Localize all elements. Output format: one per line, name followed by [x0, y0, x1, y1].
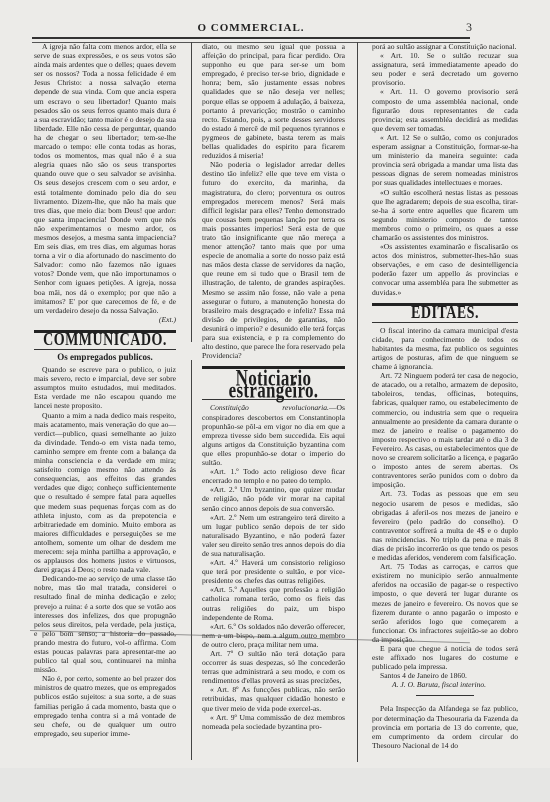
- paragraph: diato, ou mesmo seu igual que possua a a…: [202, 42, 345, 160]
- source-note: (Ext.): [34, 315, 176, 324]
- lead-paragraph: Constituição revolucionaria.—Os conspira…: [202, 403, 345, 467]
- paragraph: «O sultão escolherá nestas listas as pes…: [372, 188, 518, 243]
- column-2: diato, ou mesmo seu igual que possua a a…: [202, 42, 345, 770]
- paragraph: « Art. 11. O governo provisorio será com…: [372, 87, 518, 132]
- paragraph: «Os assistentes examinarão e fiscalisarã…: [372, 242, 518, 297]
- signature: A. J. O. Baruta, fiscal interino.: [372, 680, 518, 689]
- article-item: «Art. 2.º Nem um estrangeiro terá direit…: [202, 513, 345, 558]
- masthead: O COMMERCIAL. 3: [32, 24, 470, 36]
- paragraph: Art. 75 Todas as carroças, e carros que …: [372, 562, 518, 644]
- article-title: Os empregados publicos.: [34, 353, 176, 362]
- paragraph: Art. 72 Ninguem poderá ter casa de negoc…: [372, 371, 518, 489]
- newspaper-page: O COMMERCIAL. 3 A igreja não falta com m…: [0, 0, 550, 802]
- article-item: « Art. 9º Uma commissão de dez membros n…: [202, 713, 345, 731]
- paragraph: Não poderia o legislador arredar delles …: [202, 160, 345, 360]
- column-3: porá ao sultão assignar a Constituição n…: [372, 42, 518, 770]
- column-1: A igreja não falta com menos ardor, ella…: [34, 42, 176, 770]
- paragraph: E para que chegue á noticia de todos ser…: [372, 644, 518, 671]
- dateline: Santos 4 de Janeiro de 1860.: [372, 671, 518, 680]
- article-item: Art. 7º O sultão não terá dotação para o…: [202, 649, 345, 685]
- article-item: «Art. 4.º Haverá um consistorio religios…: [202, 558, 345, 585]
- column-divider-2: [357, 42, 358, 762]
- paragraph: Não é, por certo, somente ao bel prazer …: [34, 674, 176, 738]
- paragraph: O fiscal interino da camara municipal d'…: [372, 326, 518, 371]
- column-divider-1a: [191, 42, 192, 342]
- lead-text: —Os conspiradores descobertos em Constan…: [202, 403, 345, 467]
- section-heading-noticiario: Noticiario estrangeiro.: [202, 372, 345, 397]
- paragraph: « Art. 10. Se o sultão recuzar sua assig…: [372, 51, 518, 87]
- section-heading-editaes: EDITAES.: [372, 307, 518, 318]
- paragraph: Pela Inspecção da Alfandega se faz publi…: [372, 704, 518, 749]
- article-item: «Art. 5.º Aquelles que professão a relig…: [202, 585, 345, 621]
- newspaper-title: O COMMERCIAL.: [32, 22, 470, 34]
- article-item: «Art. 1.º Todo acto religioso deve ficar…: [202, 467, 345, 485]
- column-divider-1b: [191, 360, 192, 760]
- paragraph: « Art. 12 Se o sultão, como os conjurado…: [372, 133, 518, 188]
- paragraph: A igreja não falta com menos ardor, ella…: [34, 42, 176, 315]
- paragraph: porá ao sultão assignar a Constituição n…: [372, 42, 518, 51]
- paragraph: Dedicando-me ao serviço de uma classe tã…: [34, 574, 176, 674]
- lead-italic: Constituição revolucionaria.: [210, 403, 329, 412]
- paragraph: Quando se escreve para o publico, o juiz…: [34, 365, 176, 410]
- separator-rule: [416, 695, 474, 696]
- section-heading-communicado: COMMUNICADO.: [34, 335, 176, 346]
- article-item: «Art. 2.º Um byzantino, que quizer mudar…: [202, 485, 345, 512]
- paragraph: Quanto a mim a nada dedico mais respeito…: [34, 411, 176, 575]
- page-bottom-margin: [0, 768, 550, 802]
- paragraph: Art. 73. Todas as pessoas que em seu neg…: [372, 489, 518, 562]
- article-item: « Art. 8º As funcções publicas, não serã…: [202, 685, 345, 712]
- page-number: 3: [466, 20, 472, 35]
